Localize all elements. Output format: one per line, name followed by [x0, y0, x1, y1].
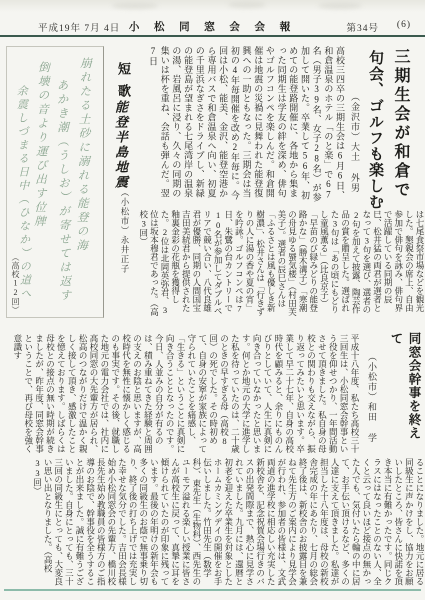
scan-artifact [228, 1, 266, 8]
header-issue-number: 第34号 [346, 20, 379, 34]
article2-body-band2: ることになりました。地元に居る同級生に声かけをし、協力をお願いしたところ、皆さん… [5, 458, 425, 588]
article1-title-line2: 句会、ゴルフも楽しむ [365, 50, 386, 210]
article1-body-band2: は七尾食祭市場などを観光した。懇親会の席上、自由参加で俳句を詠み、俳句界で活躍し… [137, 210, 425, 318]
header-date: 平成19年 7月 4日 [38, 20, 120, 34]
header-page-number: (6) [397, 20, 411, 30]
article1-body-band1: 高校三四卒の三期生会は6月6日、和倉温泉のホテル「のと楽」で67名（男子39名、… [142, 46, 345, 206]
tanka-subtitle: 能登半島地震 [111, 100, 130, 196]
article2-author: （小松市）和田 学 [366, 352, 379, 457]
newsletter-page: 平成19年 7月 4日 小 松 同 窓 会 会 報 第34号 (6) 三期生会が… [0, 0, 425, 600]
scan-artifact [318, 2, 362, 9]
article2-title: 同窓会幹事を終えて [387, 332, 423, 450]
tanka-credit: （高校12回） [10, 253, 21, 313]
poem-2-line-1: 倒壊の音より運び出す位牌 [31, 61, 51, 229]
article1-author: （金沢市）大土 外男 [349, 92, 362, 207]
tanka-poem-box: 崩れたる土砂に溺れる能登の海 あかき潮（うしお）が寄せては返す 倒壊の音より運び… [6, 46, 104, 318]
scan-artifact [112, 2, 158, 9]
tanka-author: （小松市）永井正子 [119, 188, 131, 276]
poem-1-line-2: あかき潮（うしお）が寄せては返す [53, 79, 72, 303]
header-title: 小 松 同 窓 会 会 報 [129, 19, 296, 34]
article2-body-band1: 平成十八年度、私たち高校三十三回生は、小松同窓会幹事という役を仰せつかり、一年間… [8, 334, 360, 454]
poem-1-line-1: 崩れたる土砂に溺れる能登の海 [73, 57, 93, 253]
footer-rule [4, 589, 421, 591]
header-rule [0, 35, 425, 37]
article1-title-line1: 三期生会が和倉で [389, 48, 412, 206]
